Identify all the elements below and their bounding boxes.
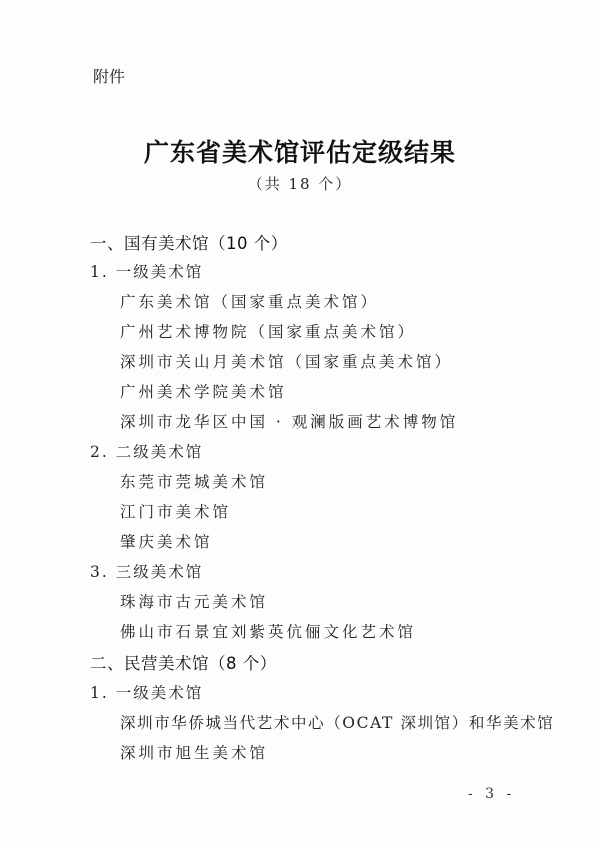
list-item: 深圳市龙华区中国 · 观澜版画艺术博物馆 <box>120 410 458 432</box>
level-heading: 2. 二级美术馆 <box>90 440 203 462</box>
list-item: 广州艺术博物院（国家重点美术馆） <box>120 320 416 342</box>
document-title: 广东省美术馆评估定级结果 <box>0 133 600 169</box>
document-page: 附件 广东省美术馆评估定级结果 （共 18 个） 一、国有美术馆（10 个） 1… <box>0 0 600 848</box>
document-subtitle: （共 18 个） <box>0 173 600 194</box>
section-heading-state-owned: 一、国有美术馆（10 个） <box>90 230 288 254</box>
level-heading: 1. 一级美术馆 <box>90 260 203 282</box>
list-item: 广州美术学院美术馆 <box>120 380 287 402</box>
list-item: 佛山市石景宜刘紫英伉俪文化艺术馆 <box>120 620 416 642</box>
list-item: 深圳市旭生美术馆 <box>120 741 268 763</box>
list-item: 江门市美术馆 <box>120 500 231 522</box>
list-item: 深圳市华侨城当代艺术中心（OCAT 深圳馆）和华美术馆 <box>120 711 554 733</box>
list-item: 深圳市关山月美术馆（国家重点美术馆） <box>120 350 453 372</box>
list-item: 肇庆美术馆 <box>120 530 213 552</box>
level-heading: 1. 一级美术馆 <box>90 681 203 703</box>
level-heading: 3. 三级美术馆 <box>90 560 203 582</box>
list-item: 广东美术馆（国家重点美术馆） <box>120 290 379 312</box>
list-item: 东莞市莞城美术馆 <box>120 470 268 492</box>
list-item: 珠海市古元美术馆 <box>120 590 268 612</box>
page-number: - 3 - <box>468 786 515 802</box>
attachment-label: 附件 <box>93 64 125 87</box>
section-heading-private: 二、民营美术馆（8 个） <box>90 650 277 674</box>
